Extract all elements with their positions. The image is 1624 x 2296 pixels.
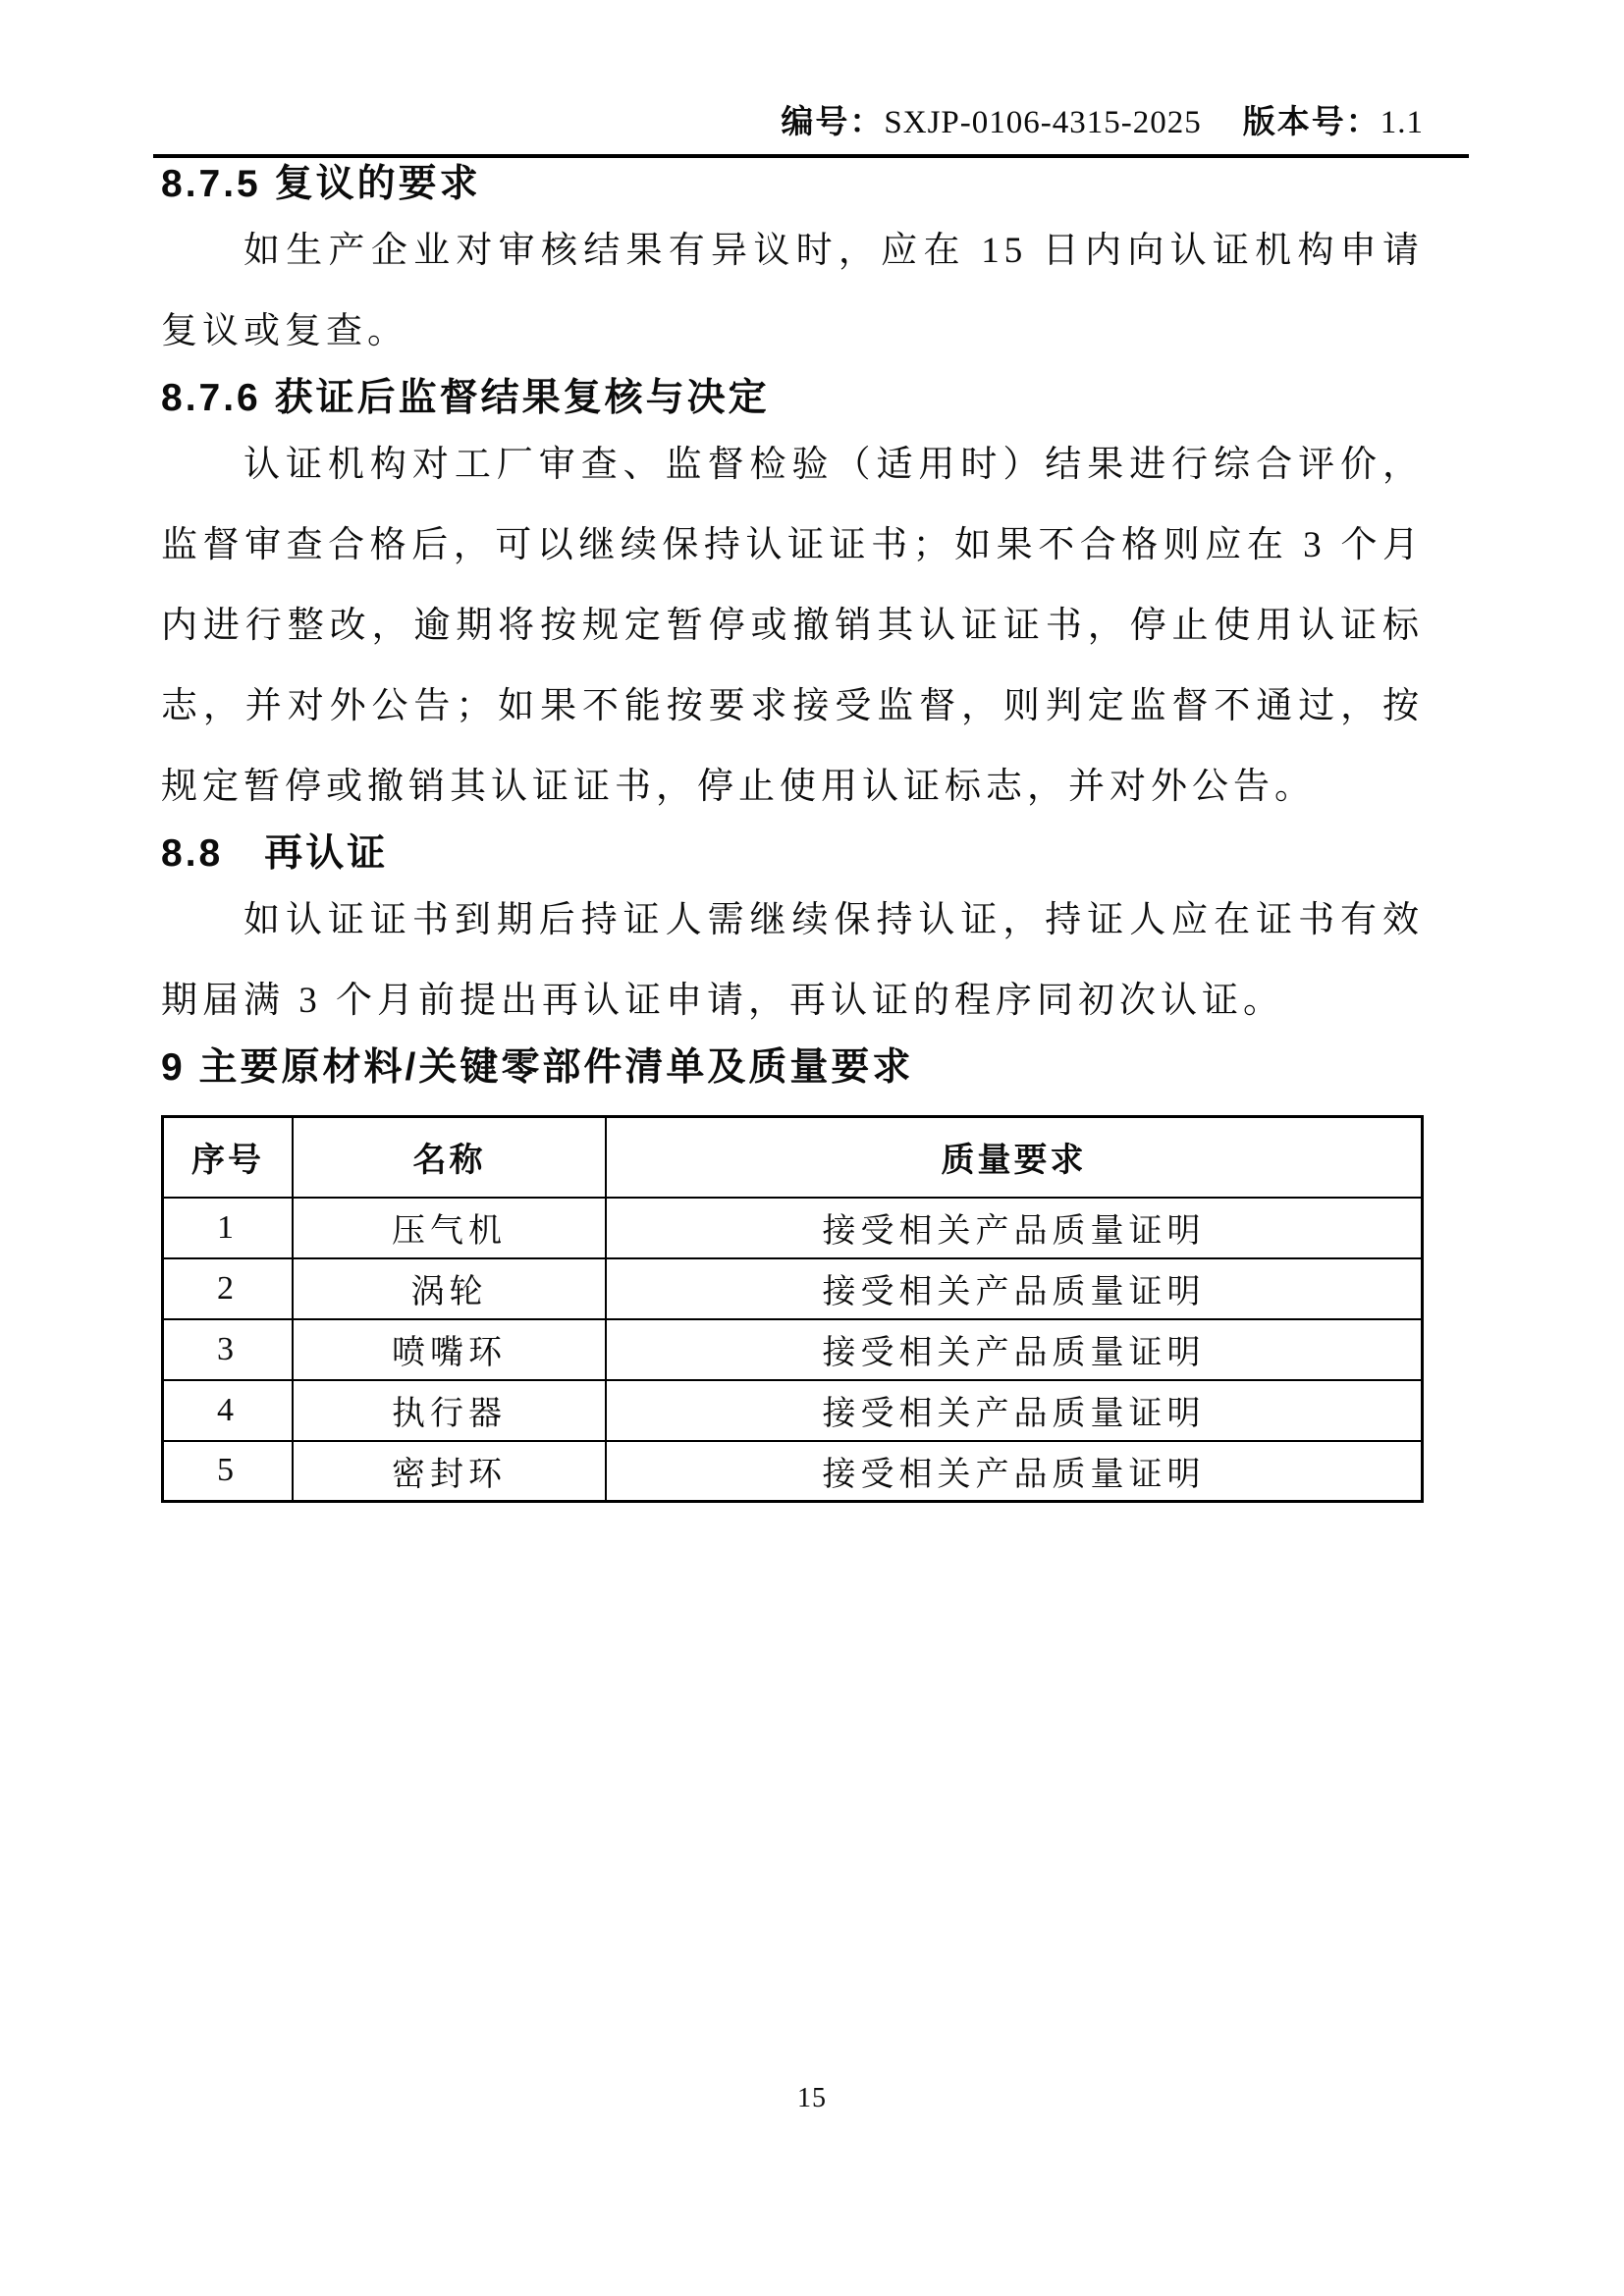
version-label: 版本号：	[1243, 103, 1380, 139]
cell-quality: 接受相关产品质量证明	[606, 1258, 1423, 1319]
column-header-quality: 质量要求	[606, 1117, 1423, 1198]
document-page: 编号：SXJP-0106-4315-2025版本号：1.1 8.7.5 复议的要…	[0, 0, 1624, 2296]
page-header: 编号：SXJP-0106-4315-2025版本号：1.1	[153, 0, 1469, 158]
document-body: 8.7.5 复议的要求 如生产企业对审核结果有异议时，应在 15 日内向认证机构…	[161, 158, 1424, 1503]
cell-quality: 接受相关产品质量证明	[606, 1380, 1423, 1441]
materials-table-body: 1 压气机 接受相关产品质量证明 2 涡轮 接受相关产品质量证明 3 喷嘴环 接…	[163, 1198, 1423, 1502]
cell-index: 1	[163, 1198, 294, 1258]
column-header-index: 序号	[163, 1117, 294, 1198]
paragraph-8-8: 如认证证书到期后持证人需继续保持认证，持证人应在证书有效期届满 3 个月前提出再…	[161, 881, 1424, 1041]
table-row: 2 涡轮 接受相关产品质量证明	[163, 1258, 1423, 1319]
cell-name: 喷嘴环	[293, 1319, 606, 1380]
doc-number-label: 编号：	[781, 103, 884, 139]
version-value: 1.1	[1380, 105, 1424, 140]
table-row: 4 执行器 接受相关产品质量证明	[163, 1380, 1423, 1441]
section-heading-8-7-6: 8.7.6 获证后监督结果复核与决定	[161, 372, 1424, 425]
paragraph-8-7-5: 如生产企业对审核结果有异议时，应在 15 日内向认证机构申请复议或复查。	[161, 211, 1424, 372]
column-header-name: 名称	[293, 1117, 606, 1198]
table-row: 1 压气机 接受相关产品质量证明	[163, 1198, 1423, 1258]
cell-index: 5	[163, 1441, 294, 1502]
cell-name: 执行器	[293, 1380, 606, 1441]
paragraph-8-7-6: 认证机构对工厂审查、监督检验（适用时）结果进行综合评价，监督审查合格后，可以继续…	[161, 425, 1424, 828]
section-heading-8-8: 8.8 再认证	[161, 828, 1424, 881]
materials-table-head: 序号 名称 质量要求	[163, 1117, 1423, 1198]
cell-index: 2	[163, 1258, 294, 1319]
cell-name: 压气机	[293, 1198, 606, 1258]
materials-table: 序号 名称 质量要求 1 压气机 接受相关产品质量证明 2 涡轮 接受相关产品质…	[161, 1115, 1424, 1503]
cell-quality: 接受相关产品质量证明	[606, 1441, 1423, 1502]
table-row: 5 密封环 接受相关产品质量证明	[163, 1441, 1423, 1502]
page-number: 15	[797, 2083, 827, 2113]
cell-name: 密封环	[293, 1441, 606, 1502]
cell-index: 4	[163, 1380, 294, 1441]
table-row: 3 喷嘴环 接受相关产品质量证明	[163, 1319, 1423, 1380]
page-footer: 15	[0, 2083, 1624, 2114]
cell-index: 3	[163, 1319, 294, 1380]
doc-number-value: SXJP-0106-4315-2025	[884, 105, 1201, 140]
cell-quality: 接受相关产品质量证明	[606, 1198, 1423, 1258]
section-heading-8-7-5: 8.7.5 复议的要求	[161, 158, 1424, 211]
cell-name: 涡轮	[293, 1258, 606, 1319]
table-header-row: 序号 名称 质量要求	[163, 1117, 1423, 1198]
section-heading-9: 9 主要原材料/关键零部件清单及质量要求	[161, 1041, 1424, 1095]
doc-meta-line: 编号：SXJP-0106-4315-2025版本号：1.1	[153, 100, 1469, 158]
cell-quality: 接受相关产品质量证明	[606, 1319, 1423, 1380]
